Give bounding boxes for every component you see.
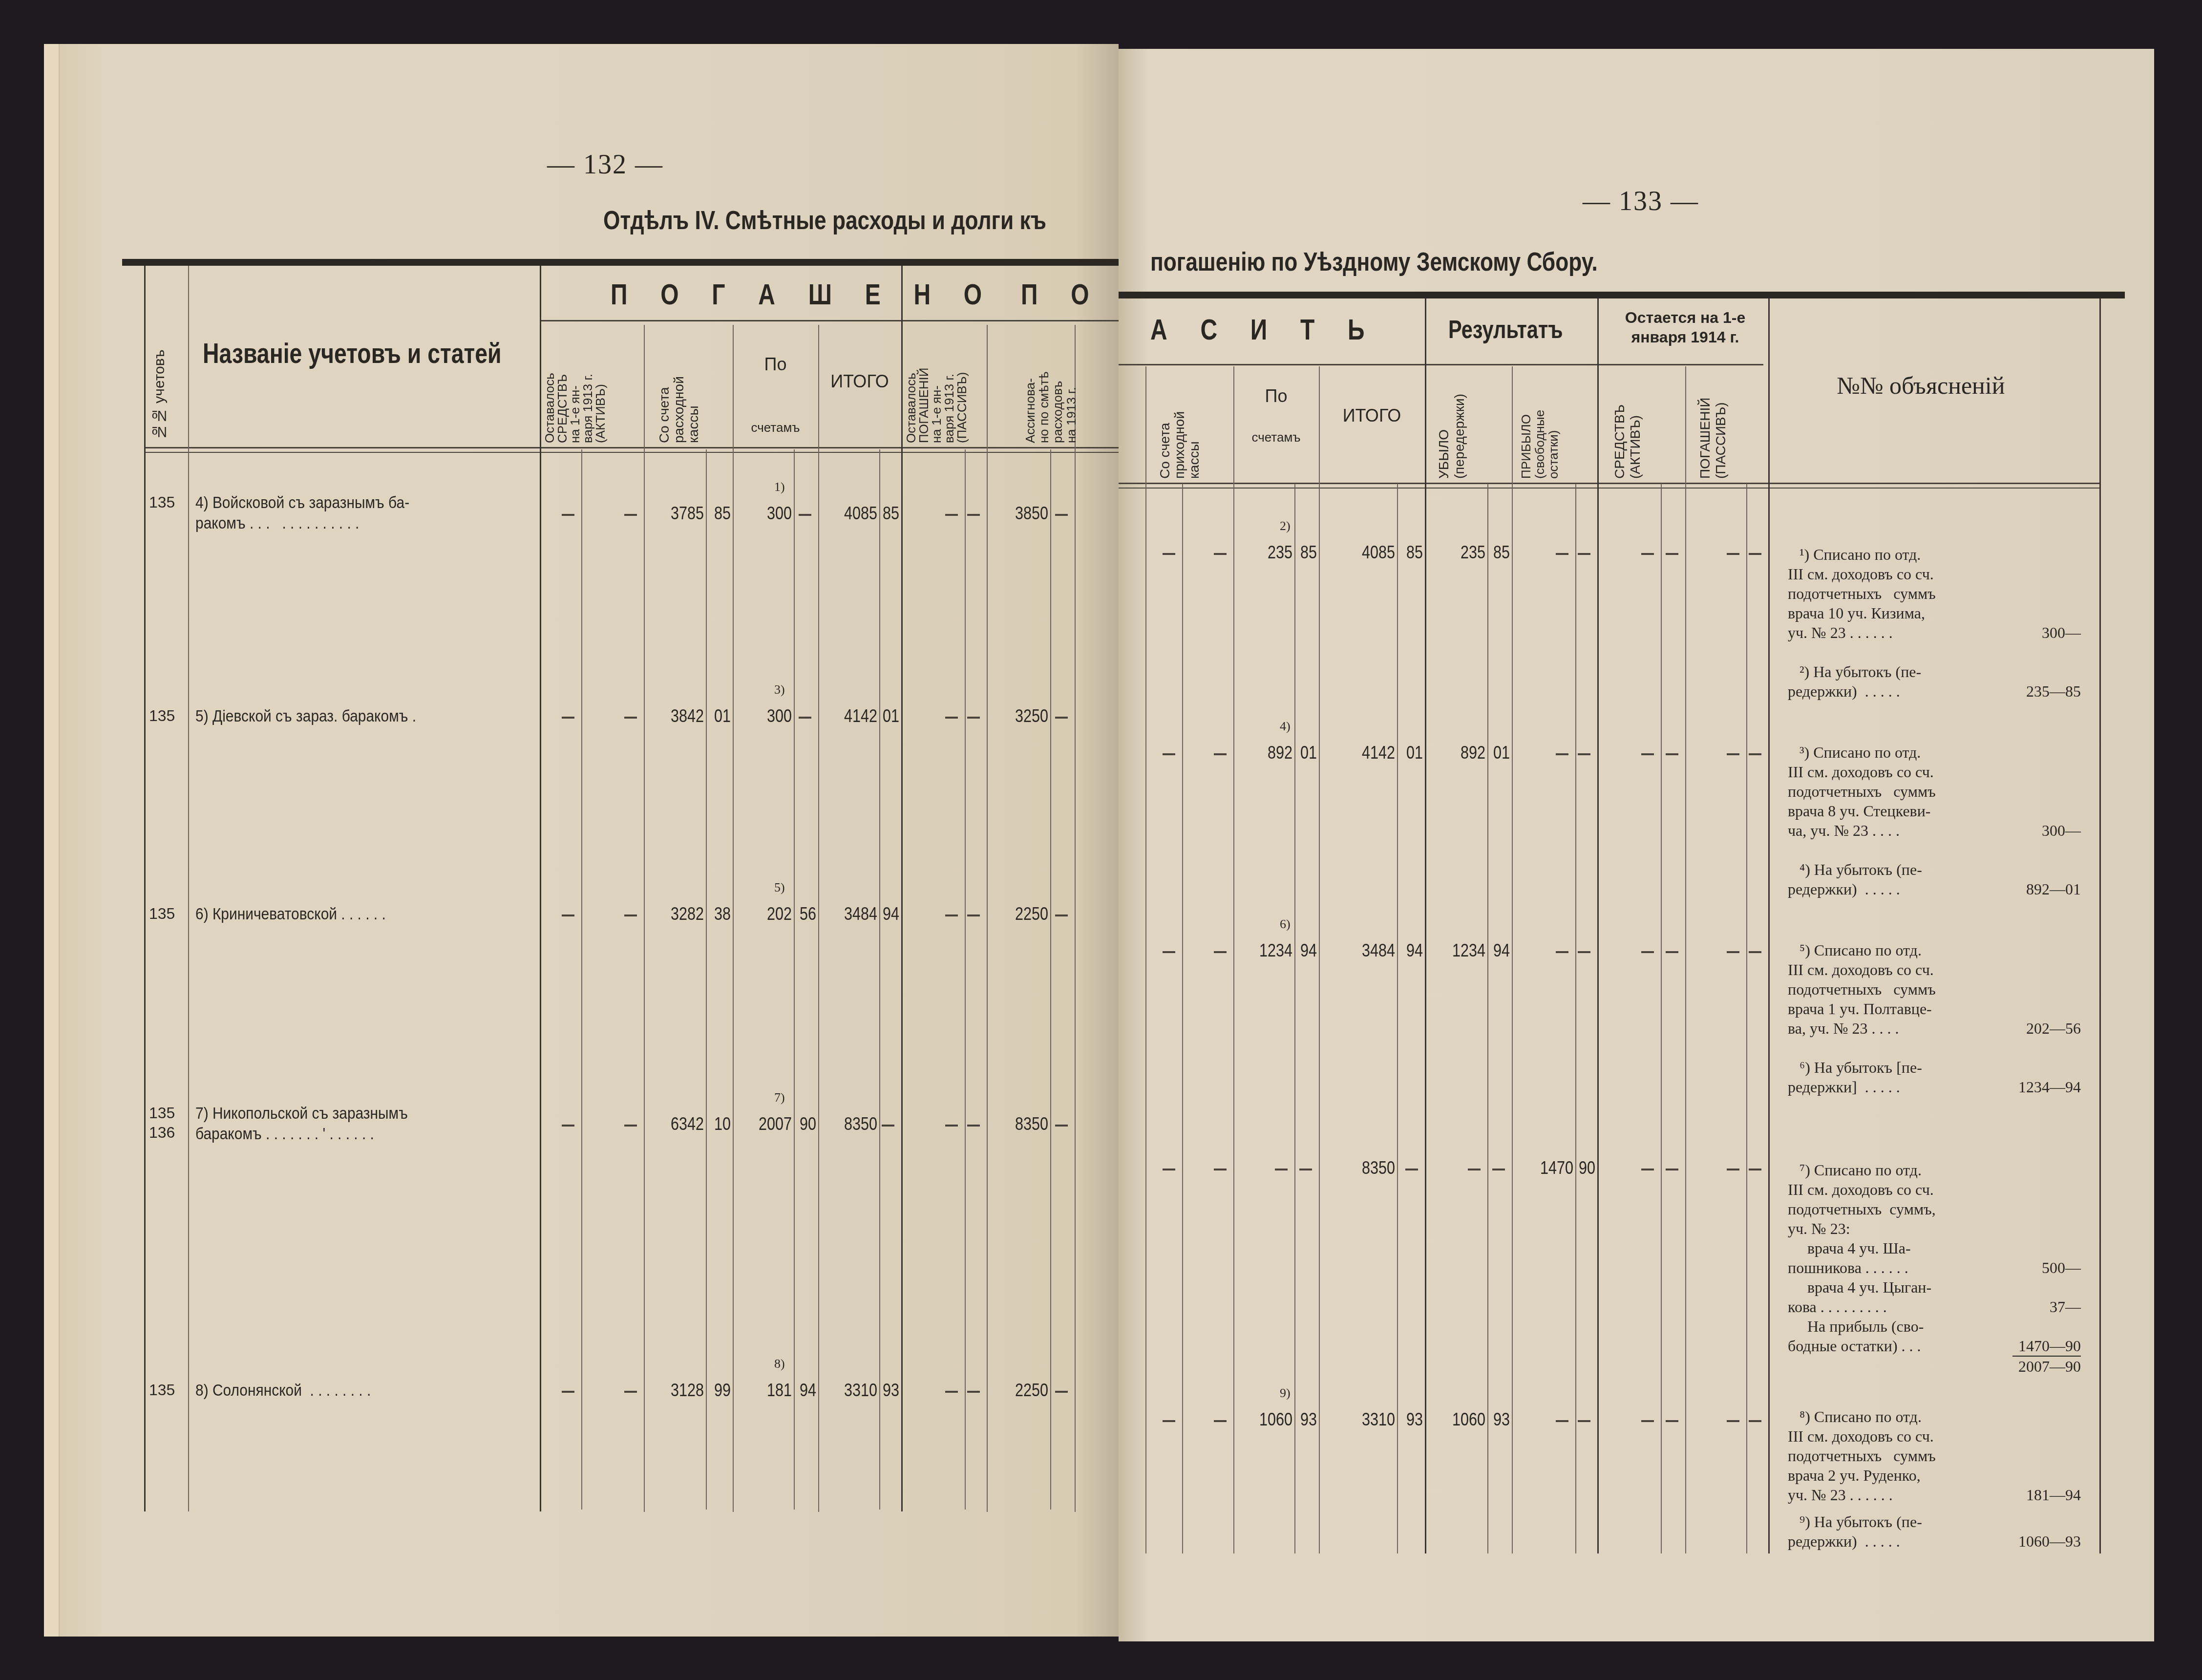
from-expense-cash: 3282: [671, 904, 704, 924]
by-accounts-right: 1060: [1259, 1409, 1292, 1430]
by-accounts-right-kop-dash: [1299, 1169, 1312, 1170]
account-number: 135: [149, 492, 175, 512]
explanation-10: На прибыль (сво-бодные остатки) . . .147…: [1788, 1317, 2081, 1356]
from-income-cash-dash: [1163, 951, 1175, 953]
by-accounts: 300: [767, 503, 792, 524]
from-expense-cash: 3128: [671, 1380, 704, 1401]
explanation-amount: 1060—93: [2012, 1531, 2081, 1551]
explanation-text: ⁸) Списано по отд.: [1788, 1407, 1922, 1426]
header-loss: УБЫЛО (передержки): [1436, 369, 1467, 479]
explanation-text: врача 4 уч. Ша-: [1788, 1238, 1911, 1258]
header-from-expense-cash: Со счета расходной кассы: [657, 328, 701, 443]
assigned: 2250: [1015, 904, 1048, 924]
loss-kop-dash: [1492, 1169, 1505, 1170]
header-by-accounts-top: По: [733, 354, 818, 375]
explanation-amount: 300—: [2012, 821, 2081, 840]
remaining-debts-dash: [945, 914, 958, 916]
by-accounts-right: 1234: [1259, 940, 1292, 961]
explanation-text: кова . . . . . . . . .: [1788, 1297, 1887, 1317]
profit-kop-dash: [1578, 753, 1590, 755]
total-right: 8350: [1362, 1158, 1395, 1178]
explanation-text: врача 2 уч. Руденко,: [1788, 1466, 1921, 1485]
explanation-text: подотчетныхъ суммъ: [1788, 979, 1936, 999]
remaining-debts-kop-dash: [967, 1125, 980, 1127]
explanation-7: ⁷) Списано по отд.III см. доходовъ со сч…: [1788, 1160, 2081, 1238]
by-accounts-right-kop: 01: [1300, 743, 1317, 763]
total-kop-dash: [882, 1125, 894, 1127]
profit-dash: [1556, 553, 1568, 555]
loss: 1234: [1452, 940, 1485, 961]
by-accounts-right-kop: 94: [1300, 940, 1317, 961]
explanation-text: III см. доходовъ со сч.: [1788, 1180, 1934, 1199]
loss-kop: 01: [1493, 743, 1510, 763]
remains-debts-kop-dash: [1749, 753, 1761, 755]
remaining-debts-kop-dash: [967, 514, 980, 516]
remaining-debts-kop-dash: [967, 914, 980, 916]
total-right: 3484: [1362, 940, 1395, 961]
explanation-text: подотчетныхъ суммъ: [1788, 584, 1936, 603]
header-explanations: №№ объясненій: [1837, 371, 2005, 400]
from-income-cash-dash: [1163, 1169, 1175, 1170]
remaining-assets-kop-dash: [624, 717, 637, 719]
header-group-paid: П О Г А Ш Е Н О: [611, 277, 995, 311]
from-income-cash-kop-dash: [1214, 753, 1227, 755]
right-page-number: — 133 —: [1583, 186, 1699, 217]
by-accounts: 202: [767, 904, 792, 924]
explanation-text: редержки) . . . . .: [1788, 879, 1900, 899]
from-income-cash-kop-dash: [1214, 553, 1227, 555]
header-profit: ПРИБЫЛО (свободные остатки): [1519, 369, 1560, 479]
total: 4142: [844, 706, 877, 726]
from-expense-cash: 3842: [671, 706, 704, 726]
from-expense-cash-kop: 99: [714, 1380, 731, 1401]
footnote-ref: 2): [1280, 519, 1291, 533]
by-accounts-kop-dash: [799, 514, 811, 516]
profit-dash: [1556, 1420, 1568, 1422]
explanation-text: ча, уч. № 23 . . . .: [1788, 821, 1900, 840]
remains-assets-dash: [1641, 1169, 1654, 1170]
profit-dash: [1556, 753, 1568, 755]
left-page-title: Отдѣлъ IV. Смѣтные расходы и долги къ: [603, 205, 1046, 235]
assigned: 2250: [1015, 1380, 1048, 1401]
explanation-text: III см. доходовъ со сч.: [1788, 1426, 1934, 1446]
remaining-assets-dash: [562, 717, 574, 719]
remains-debts-dash: [1727, 753, 1739, 755]
explanation-11: 2007—90: [1788, 1356, 2081, 1376]
by-accounts-kop: 94: [800, 1380, 816, 1401]
explanation-amount: 2007—90: [2012, 1356, 2081, 1376]
header-remains-assets: СРЕДСТВЪ (АКТИВЪ): [1612, 369, 1643, 479]
remaining-debts-dash: [945, 1125, 958, 1127]
remaining-assets-dash: [562, 914, 574, 916]
from-expense-cash: 3785: [671, 503, 704, 524]
from-income-cash-dash: [1163, 1420, 1175, 1422]
account-number: 135 136: [149, 1103, 175, 1142]
header-remaining-debts: Оставалось ПОГАШЕНІЙ на 1-е ян- варя 191…: [905, 328, 968, 443]
explanation-text: пошникова . . . . . .: [1788, 1258, 1908, 1277]
item-name: 6) Криничеватовской . . . . . .: [195, 904, 386, 924]
by-accounts-kop-dash: [799, 717, 811, 719]
remains-debts-dash: [1727, 951, 1739, 953]
explanation-3: ³) Списано по отд.III см. доходовъ со сч…: [1788, 743, 2081, 840]
header-bottom-rule: [144, 447, 1119, 448]
total-kop: 94: [883, 904, 899, 924]
remaining-debts-dash: [945, 717, 958, 719]
page-stack-edge: [44, 44, 60, 1637]
item-name: 8) Солонянской . . . . . . . .: [195, 1380, 371, 1401]
explanation-text: врача 10 уч. Кизима,: [1788, 603, 1925, 623]
header-assigned: Ассигнова- но по смѣтѣ расходовъ на 1913…: [1023, 328, 1078, 443]
left-page-number: — 132 —: [547, 149, 663, 180]
explanation-amount: 892—01: [2012, 879, 2081, 899]
item-name: 4) Войсковой съ заразнымъ ба- ракомъ . .…: [195, 492, 409, 533]
remains-debts-dash: [1727, 553, 1739, 555]
explanation-text: уч. № 23 . . . . . .: [1788, 623, 1893, 642]
footnote-ref: 1): [774, 480, 785, 494]
remaining-assets-dash: [562, 514, 574, 516]
remains-debts-kop-dash: [1749, 951, 1761, 953]
header-remains-1914: Остается на 1-е января 1914 г.: [1607, 308, 1763, 347]
header-by-accounts-bottom: счетамъ: [733, 420, 818, 435]
assigned-kop-dash: [1055, 717, 1068, 719]
total: 3484: [844, 904, 877, 924]
right-page: [1119, 49, 2154, 1641]
account-number: 135: [149, 904, 175, 923]
from-expense-cash-kop: 38: [714, 904, 731, 924]
header-remains-debts: ПОГАШЕНІЙ (ПАССИВЪ): [1697, 369, 1729, 479]
explanation-text: бодные остатки) . . .: [1788, 1336, 1921, 1356]
total-kop: 01: [883, 706, 899, 726]
remaining-debts-kop-dash: [967, 717, 980, 719]
loss-kop: 93: [1493, 1409, 1510, 1430]
profit: 1470: [1540, 1158, 1573, 1178]
remaining-assets-dash: [562, 1391, 574, 1393]
header-remaining-assets: Оставалось СРЕДСТВЪ на 1-е ян- варя 1913…: [543, 328, 607, 443]
explanation-text: уч. № 23 . . . . . .: [1788, 1485, 1893, 1505]
explanation-8: врача 4 уч. Ша-пошникова . . . . . .500—: [1788, 1238, 2081, 1277]
profit-kop-dash: [1578, 1420, 1590, 1422]
total-right-kop: 93: [1406, 1409, 1423, 1430]
explanation-4: ⁴) На убытокъ (пе-редержки) . . . . .892…: [1788, 860, 2081, 899]
profit-kop-dash: [1578, 553, 1590, 555]
explanation-12: ⁸) Списано по отд.III см. доходовъ со сч…: [1788, 1407, 2081, 1505]
footnote-ref: 7): [774, 1090, 785, 1105]
total-right: 4085: [1362, 542, 1395, 563]
loss: 892: [1461, 743, 1485, 763]
explanation-amount: 1470—90: [2012, 1336, 2081, 1356]
item-name: 5) Діевской съ зараз. баракомъ .: [195, 706, 416, 726]
right-page-title: погашенію по Уѣздному Земскому Сбору.: [1150, 247, 1598, 277]
remaining-debts-dash: [945, 514, 958, 516]
loss: 235: [1461, 542, 1485, 563]
total: 4085: [844, 503, 877, 524]
explanation-text: ⁹) На убытокъ (пе-: [1788, 1512, 1922, 1531]
assigned-kop-dash: [1055, 914, 1068, 916]
by-accounts-right: 235: [1268, 542, 1292, 563]
assigned: 3850: [1015, 503, 1048, 524]
loss: 1060: [1452, 1409, 1485, 1430]
explanation-text: ³) Списано по отд.: [1788, 743, 1921, 762]
footnote-ref: 5): [774, 880, 785, 895]
explanation-text: III см. доходовъ со сч.: [1788, 762, 1934, 782]
by-accounts-kop: 90: [800, 1114, 816, 1134]
loss-dash: [1468, 1169, 1481, 1170]
from-income-cash-dash: [1163, 753, 1175, 755]
remains-assets-dash: [1641, 1420, 1654, 1422]
by-accounts: 2007: [759, 1114, 792, 1134]
assigned: 3250: [1015, 706, 1048, 726]
account-number: 135: [149, 1380, 175, 1400]
total: 3310: [844, 1380, 877, 1401]
remains-assets-dash: [1641, 951, 1654, 953]
assigned-kop-dash: [1055, 1125, 1068, 1127]
explanation-2: ²) На убытокъ (пе-редержки) . . . . .235…: [1788, 662, 2081, 701]
header-by-accounts-top-right: По: [1233, 386, 1319, 406]
remains-debts-dash: [1727, 1169, 1739, 1170]
total-kop: 93: [883, 1380, 899, 1401]
from-expense-cash-kop: 10: [714, 1114, 731, 1134]
by-accounts-right: 892: [1268, 743, 1292, 763]
explanation-text: редержки) . . . . .: [1788, 1531, 1900, 1551]
total-right-kop: 85: [1406, 542, 1423, 563]
assigned-kop-dash: [1055, 1391, 1068, 1393]
by-accounts-right-kop: 93: [1300, 1409, 1317, 1430]
header-from-income-cash: Со счета приходной кассы: [1158, 369, 1202, 479]
explanation-amount: 300—: [2012, 623, 2081, 642]
right-table-top-rule: [1119, 292, 2125, 298]
explanation-text: III см. доходовъ со сч.: [1788, 564, 1934, 584]
total-right-kop: 94: [1406, 940, 1423, 961]
remains-debts-kop-dash: [1749, 553, 1761, 555]
from-income-cash-kop-dash: [1214, 951, 1227, 953]
remaining-debts-dash: [945, 1391, 958, 1393]
from-expense-cash-kop: 85: [714, 503, 731, 524]
explanation-text: врача 4 уч. Цыган-: [1788, 1277, 1931, 1297]
explanation-text: ⁷) Списано по отд.: [1788, 1160, 1922, 1180]
remains-assets-kop-dash: [1666, 753, 1678, 755]
header-name: Названіе учетовъ и статей: [203, 337, 502, 370]
account-number: 135: [149, 706, 175, 725]
footnote-ref: 3): [774, 682, 785, 697]
from-expense-cash: 6342: [671, 1114, 704, 1134]
profit-kop: 90: [1579, 1158, 1595, 1178]
remains-assets-kop-dash: [1666, 1420, 1678, 1422]
by-accounts-kop: 56: [800, 904, 816, 924]
explanation-text: врача 8 уч. Стецкеви-: [1788, 801, 1931, 821]
assigned: 8350: [1015, 1114, 1048, 1134]
explanation-amount: 202—56: [2012, 1019, 2081, 1038]
explanation-text: ⁵) Списано по отд.: [1788, 940, 1922, 960]
total-kop: 85: [883, 503, 899, 524]
remaining-assets-kop-dash: [624, 514, 637, 516]
explanation-amount: 37—: [2012, 1297, 2081, 1317]
explanation-text: ⁴) На убытокъ (пе-: [1788, 860, 1922, 879]
remains-debts-kop-dash: [1749, 1420, 1761, 1422]
header-subgroup-rule: [540, 320, 1119, 321]
total-right: 4142: [1362, 743, 1395, 763]
by-accounts-right-dash: [1275, 1169, 1288, 1170]
explanation-text: подотчетныхъ суммъ,: [1788, 1199, 1936, 1219]
explanation-text: врача 1 уч. Полтавце-: [1788, 999, 1932, 1019]
explanation-amount: 181—94: [2012, 1485, 2081, 1505]
remains-debts-dash: [1727, 1420, 1739, 1422]
by-accounts-right-kop: 85: [1300, 542, 1317, 563]
footnote-ref: 8): [774, 1357, 785, 1371]
item-name: 7) Никопольской съ заразнымъ баракомъ . …: [195, 1103, 408, 1144]
total-right: 3310: [1362, 1409, 1395, 1430]
remains-assets-kop-dash: [1666, 553, 1678, 555]
from-income-cash-dash: [1163, 553, 1175, 555]
explanation-1: ¹) Списано по отд.III см. доходовъ со сч…: [1788, 545, 2081, 642]
assigned-kop-dash: [1055, 514, 1068, 516]
explanation-text: редержки] . . . . .: [1788, 1077, 1900, 1097]
explanation-text: редержки) . . . . .: [1788, 681, 1900, 701]
explanation-amount: 1234—94: [2012, 1077, 2081, 1097]
header-group-to-pay-rest: А С И Т Ь: [1150, 313, 1378, 346]
footnote-ref: 9): [1280, 1386, 1291, 1401]
header-total: ИТОГО: [818, 371, 901, 392]
explanation-text: ⁶) На убытокъ [пе-: [1788, 1058, 1922, 1077]
header-total-right: ИТОГО: [1319, 405, 1425, 426]
profit-dash: [1556, 951, 1568, 953]
remains-assets-kop-dash: [1666, 951, 1678, 953]
loss-kop: 94: [1493, 940, 1510, 961]
explanation-text: подотчетныхъ суммъ: [1788, 782, 1936, 801]
explanation-text: ва, уч. № 23 . . . .: [1788, 1019, 1899, 1038]
remains-assets-dash: [1641, 753, 1654, 755]
explanation-text: ²) На убытокъ (пе-: [1788, 662, 1921, 681]
loss-kop: 85: [1493, 542, 1510, 563]
from-income-cash-kop-dash: [1214, 1169, 1227, 1170]
header-account-no: №№ учетовъ: [151, 322, 168, 440]
explanation-text: подотчетныхъ суммъ: [1788, 1446, 1936, 1466]
explanation-amount: 235—85: [2012, 681, 2081, 701]
from-expense-cash-kop: 01: [714, 706, 731, 726]
profit-kop-dash: [1578, 951, 1590, 953]
remaining-assets-kop-dash: [624, 1125, 637, 1127]
footnote-ref: 4): [1280, 719, 1291, 734]
table-top-rule: [122, 259, 1119, 266]
footnote-ref: 6): [1280, 917, 1291, 932]
remaining-assets-kop-dash: [624, 914, 637, 916]
remaining-assets-kop-dash: [624, 1391, 637, 1393]
by-accounts: 181: [767, 1380, 792, 1401]
header-by-accounts-bottom-right: счетамъ: [1233, 430, 1319, 445]
remains-assets-dash: [1641, 553, 1654, 555]
total: 8350: [844, 1114, 877, 1134]
remaining-assets-dash: [562, 1125, 574, 1127]
by-accounts: 300: [767, 706, 792, 726]
explanation-amount: 500—: [2012, 1258, 2081, 1277]
explanation-9: врача 4 уч. Цыган-кова . . . . . . . . .…: [1788, 1277, 2081, 1317]
remaining-debts-kop-dash: [967, 1391, 980, 1393]
explanation-text: ¹) Списано по отд.: [1788, 545, 1921, 564]
remains-assets-kop-dash: [1666, 1169, 1678, 1170]
explanation-text: III см. доходовъ со сч.: [1788, 960, 1934, 979]
explanation-6: ⁶) На убытокъ [пе-редержки] . . . . .123…: [1788, 1058, 2081, 1097]
explanation-13: ⁹) На убытокъ (пе-редержки) . . . . .106…: [1788, 1512, 2081, 1551]
header-result: Результатъ: [1448, 315, 1563, 344]
remains-debts-kop-dash: [1749, 1169, 1761, 1170]
total-right-kop-dash: [1405, 1169, 1418, 1170]
total-right-kop: 01: [1406, 743, 1423, 763]
explanation-text: На прибыль (сво-: [1788, 1317, 1924, 1336]
explanation-5: ⁵) Списано по отд.III см. доходовъ со сч…: [1788, 940, 2081, 1038]
explanation-text: уч. № 23:: [1788, 1219, 1850, 1238]
explanation-amount: [2012, 1219, 2081, 1238]
from-income-cash-kop-dash: [1214, 1420, 1227, 1422]
